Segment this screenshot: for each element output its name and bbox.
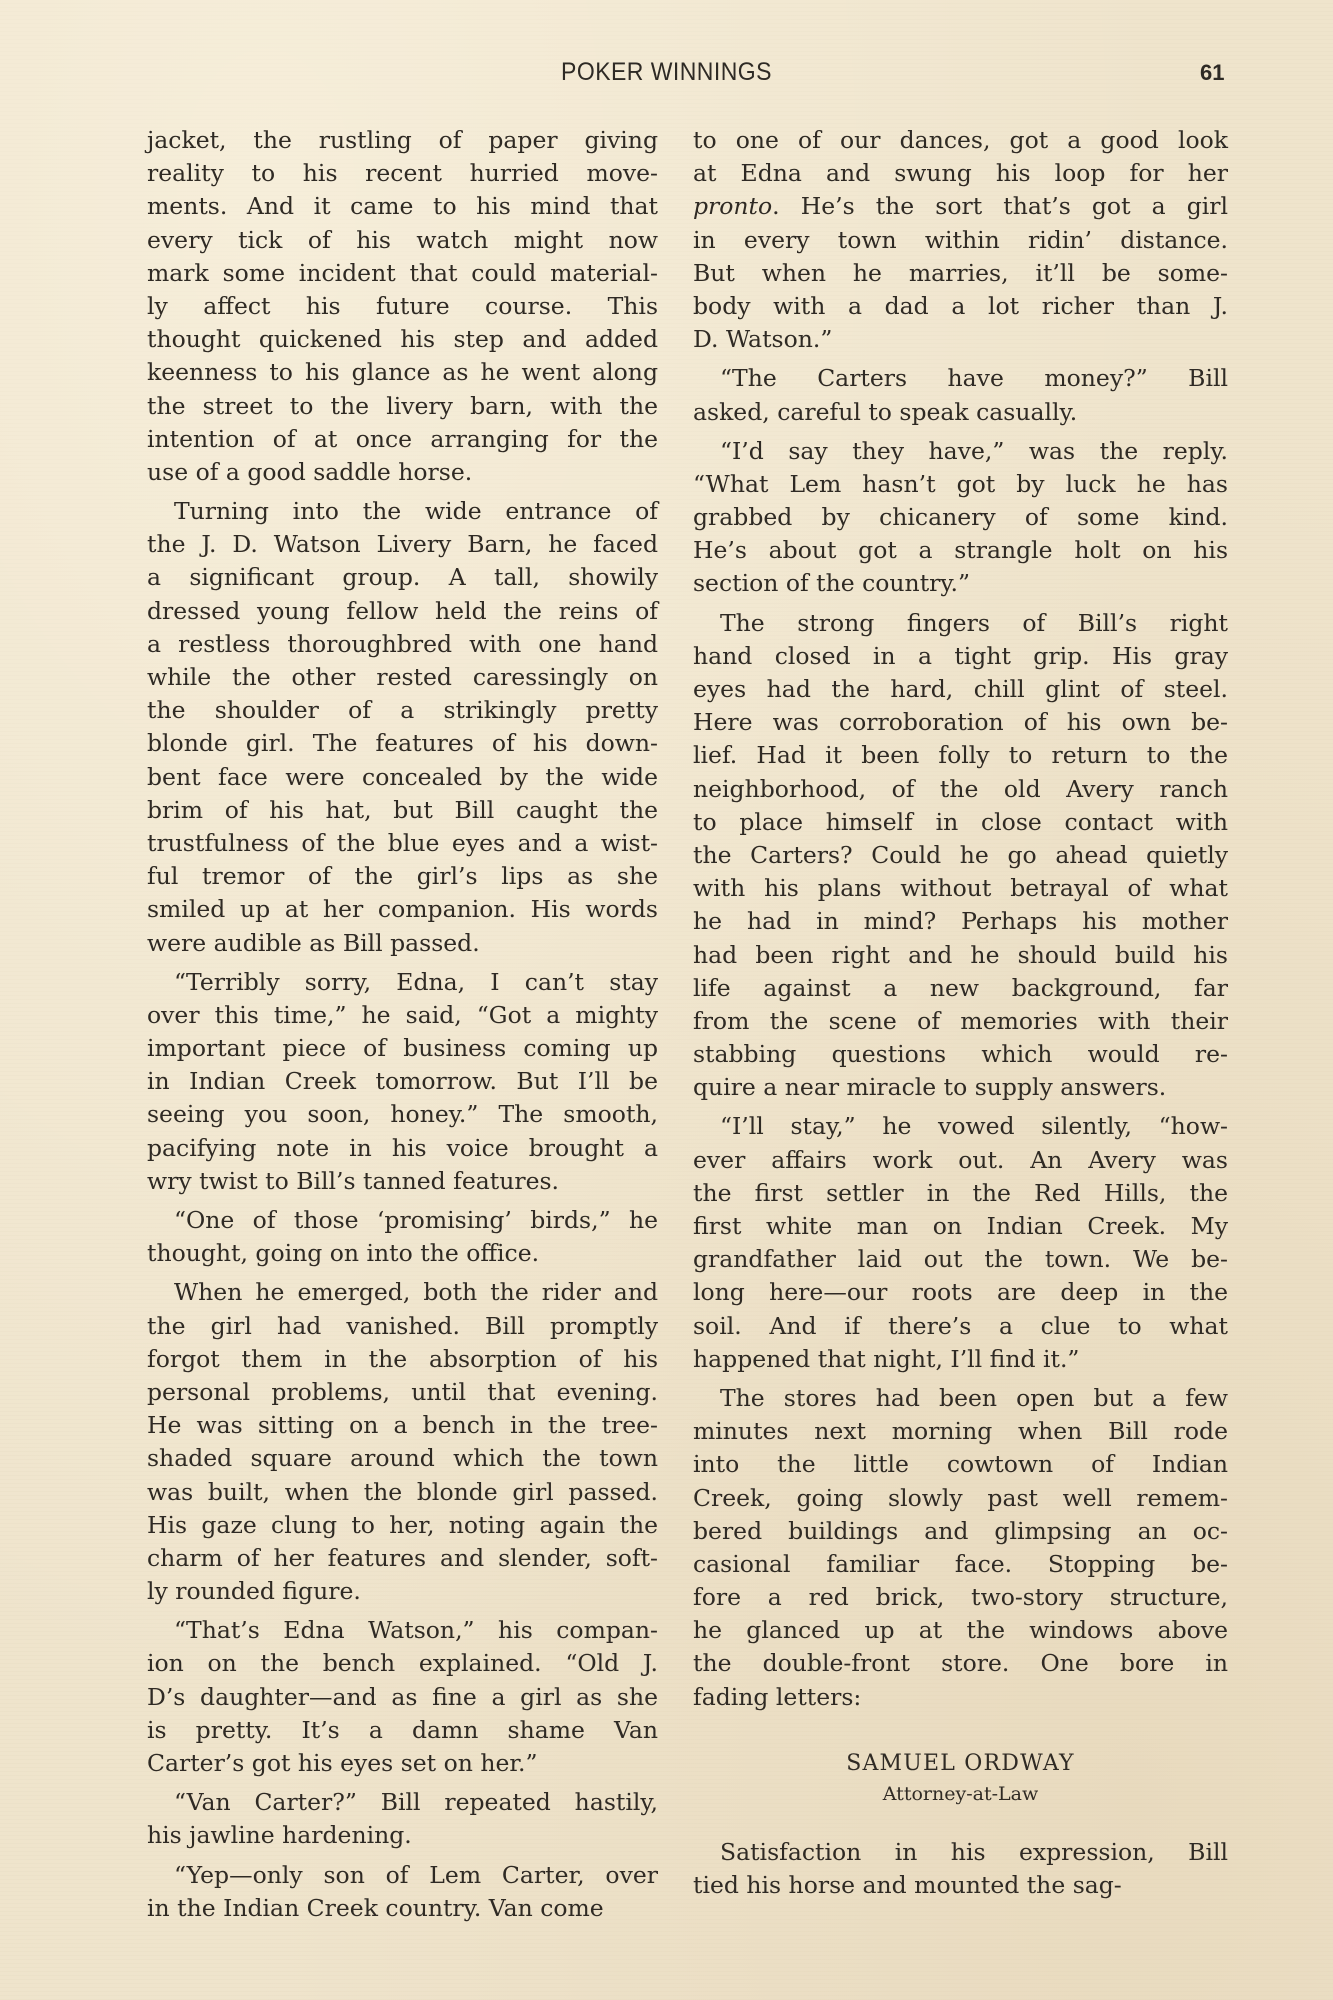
text-line: bered buildings and glimpsing an oc- [693,1515,1228,1548]
office-sign: SAMUEL ORDWAYAttorney-at-Law [693,1748,1228,1808]
text-line: ly rounded figure. [147,1575,658,1608]
text-line: life against a new background, far [693,972,1228,1005]
text-line: were audible as Bill passed. [147,927,658,960]
text-line: the first settler in the Red Hills, the [693,1177,1228,1210]
text-line: asked, careful to speak casually. [693,396,1228,429]
text-line: in every town within ridin’ distance. [693,224,1228,257]
text-line: Here was corroboration of his own be- [693,706,1228,739]
text-line: his jawline hardening. [147,1819,658,1852]
text-line: jacket, the rustling of paper giving [147,124,658,157]
text-line: charm of her features and slender, soft- [147,1542,658,1575]
text-line: personal problems, until that evening. [147,1376,658,1409]
text-line: “What Lem hasn’t got by luck he has [693,468,1228,501]
text-line: “One of those ‘promising’ birds,” he [147,1204,658,1237]
text-line: soil. And if there’s a clue to what [693,1310,1228,1343]
text-line: while the other rested caressingly on [147,661,658,694]
text-line: seeing you soon, honey.” The smooth, [147,1098,658,1131]
text-line: to one of our dances, got a good look [693,124,1228,157]
sign-title: Attorney-at-Law [693,1780,1228,1808]
text-line: His gaze clung to her, noting again the [147,1509,658,1542]
text-line: ful tremor of the girl’s lips as she [147,860,658,893]
text-line: body with a dad a lot richer than J. [693,290,1228,323]
text-line: over this time,” he said, “Got a mighty [147,999,658,1032]
text-line: D’s daughter—and as fine a girl as she [147,1681,658,1714]
text-line: grandfather laid out the town. We be- [693,1243,1228,1276]
paragraph: “Terribly sorry, Edna, I can’t stayover … [147,966,658,1198]
text-line: minutes next morning when Bill rode [693,1415,1228,1448]
text-line: trustfulness of the blue eyes and a wist… [147,827,658,860]
text-line: ly affect his future course. This [147,290,658,323]
text-line: “I’ll stay,” he vowed silently, “how- [693,1110,1228,1143]
text-line: first white man on Indian Creek. My [693,1210,1228,1243]
text-line: hand closed in a tight grip. His gray [693,640,1228,673]
text-line: he had in mind? Perhaps his mother [693,905,1228,938]
text-line: thought quickened his step and added [147,323,658,356]
text-line: long here—our roots are deep in the [693,1276,1228,1309]
paragraph: The strong fingers of Bill’s righthand c… [693,607,1228,1105]
text-line: in the Indian Creek country. Van come [147,1892,658,1925]
right-column: to one of our dances, got a good lookat … [693,124,1228,1902]
text-line: to place himself in close contact with [693,806,1228,839]
text-line: fore a red brick, two-story structure, [693,1581,1228,1614]
page-number: 61 [1200,60,1224,86]
text-line: is pretty. It’s a damn shame Van [147,1714,658,1747]
text-line: Satisfaction in his expression, Bill [693,1836,1228,1869]
text-line: The strong fingers of Bill’s right [693,607,1228,640]
text-line: “That’s Edna Watson,” his compan- [147,1614,658,1647]
left-column: jacket, the rustling of paper givingreal… [147,124,658,1925]
text-line: When he emerged, both the rider and [147,1276,658,1309]
text-line: with his plans without betrayal of what [693,872,1228,905]
text-line: ever affairs work out. An Avery was [693,1144,1228,1177]
text-line: happened that night, I’ll find it.” [693,1343,1228,1376]
paragraph: “I’ll stay,” he vowed silently, “how-eve… [693,1110,1228,1376]
paragraph: The stores had been open but a fewminute… [693,1382,1228,1714]
text-line: keenness to his glance as he went along [147,356,658,389]
text-line: Turning into the wide entrance of [147,495,658,528]
paragraph: “I’d say they have,” was the reply.“What… [693,435,1228,601]
text-line: “Van Carter?” Bill repeated hastily, [147,1786,658,1819]
text-line: lief. Had it been folly to return to the [693,739,1228,772]
text-line: mark some incident that could material- [147,257,658,290]
text-line: brim of his hat, but Bill caught the [147,794,658,827]
text-line: stabbing questions which would re- [693,1038,1228,1071]
text-line: dressed young fellow held the reins of [147,595,658,628]
text-line: he glanced up at the windows above [693,1614,1228,1647]
running-head: POKER WINNINGS [53,58,1279,87]
text-line: fading letters: [693,1681,1228,1714]
text-line: the J. D. Watson Livery Barn, he faced [147,528,658,561]
paragraph: “One of those ‘promising’ birds,” hethou… [147,1204,658,1270]
text-line: Creek, going slowly past well remem- [693,1482,1228,1515]
text-line: the double-front store. One bore in [693,1647,1228,1680]
text-line: But when he marries, it’ll be some- [693,257,1228,290]
text-line: the street to the livery barn, with the [147,390,658,423]
text-line: smiled up at her companion. His words [147,893,658,926]
text-line: “Terribly sorry, Edna, I can’t stay [147,966,658,999]
text-line: ments. And it came to his mind that [147,190,658,223]
text-line: wry twist to Bill’s tanned features. [147,1165,658,1198]
paragraph: Turning into the wide entrance ofthe J. … [147,495,658,960]
text-line: intention of at once arranging for the [147,423,658,456]
text-line: at Edna and swung his loop for her [693,157,1228,190]
text-line: forgot them in the absorption of his [147,1343,658,1376]
text-line: section of the country.” [693,567,1228,600]
text-line: “The Carters have money?” Bill [693,362,1228,395]
text-line: the Carters? Could he go ahead quietly [693,839,1228,872]
text-line: use of a good saddle horse. [147,456,658,489]
text-line: into the little cowtown of Indian [693,1448,1228,1481]
text-line: He’s about got a strangle holt on his [693,534,1228,567]
text-line: He was sitting on a bench in the tree- [147,1409,658,1442]
text-line: grabbed by chicanery of some kind. [693,501,1228,534]
text-line: a significant group. A tall, showily [147,561,658,594]
text-line: the girl had vanished. Bill promptly [147,1310,658,1343]
paragraph: jacket, the rustling of paper givingreal… [147,124,658,489]
text-line: a restless thoroughbred with one hand [147,628,658,661]
paragraph: to one of our dances, got a good lookat … [693,124,1228,356]
paragraph: “That’s Edna Watson,” his compan-ion on … [147,1614,658,1780]
text-line: bent face were concealed by the wide [147,761,658,794]
text-line: thought, going on into the office. [147,1237,658,1270]
text-line: pronto. He’s the sort that’s got a girl [693,190,1228,223]
text-line: “Yep—only son of Lem Carter, over [147,1859,658,1892]
text-line: in Indian Creek tomorrow. But I’ll be [147,1065,658,1098]
text-line: shaded square around which the town [147,1442,658,1475]
text-line: D. Watson.” [693,323,1228,356]
paragraph: “Van Carter?” Bill repeated hastily,his … [147,1786,658,1852]
text-line: blonde girl. The features of his down- [147,727,658,760]
text-line: ion on the bench explained. “Old J. [147,1647,658,1680]
text-line: pacifying note in his voice brought a [147,1132,658,1165]
text-line: The stores had been open but a few [693,1382,1228,1415]
paragraph: Satisfaction in his expression, Billtied… [693,1836,1228,1902]
text-line: was built, when the blonde girl passed. [147,1476,658,1509]
text-line: quire a near miracle to supply answers. [693,1071,1228,1104]
paragraph: “The Carters have money?” Billasked, car… [693,362,1228,428]
text-line: important piece of business coming up [147,1032,658,1065]
sign-name: SAMUEL ORDWAY [693,1748,1228,1780]
paragraph: When he emerged, both the rider andthe g… [147,1276,658,1608]
text-line: reality to his recent hurried move- [147,157,658,190]
text-line: eyes had the hard, chill glint of steel. [693,673,1228,706]
text-line: “I’d say they have,” was the reply. [693,435,1228,468]
text-line: casional familiar face. Stopping be- [693,1548,1228,1581]
text-line: neighborhood, of the old Avery ranch [693,773,1228,806]
paragraph: “Yep—only son of Lem Carter, overin the … [147,1859,658,1925]
text-line: from the scene of memories with their [693,1005,1228,1038]
text-line: every tick of his watch might now [147,224,658,257]
text-line: tied his horse and mounted the sag- [693,1869,1228,1902]
text-line: Carter’s got his eyes set on her.” [147,1747,658,1780]
text-line: the shoulder of a strikingly pretty [147,694,658,727]
text-line: had been right and he should build his [693,939,1228,972]
book-page: POKER WINNINGS 61 jacket, the rustling o… [0,0,1333,2000]
